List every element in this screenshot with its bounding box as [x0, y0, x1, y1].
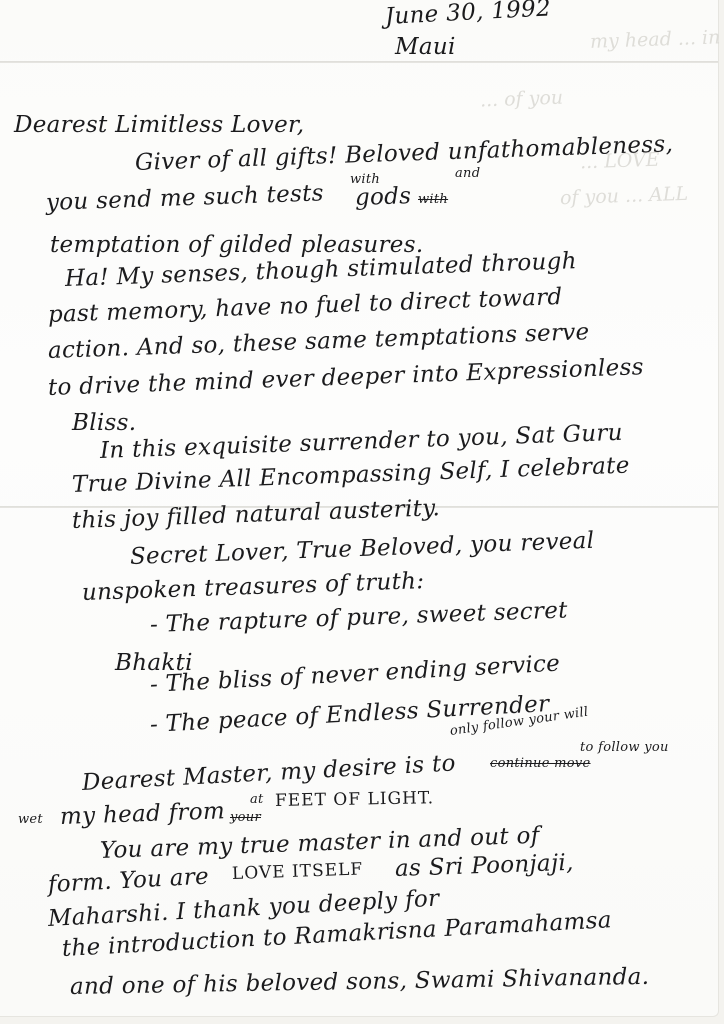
letter-line-caps: FEET OF LIGHT.: [275, 788, 434, 811]
insertion: to follow you: [580, 740, 669, 755]
margin-insertion: wet: [18, 812, 43, 827]
letter-line-caps: LOVE ITSELF: [232, 859, 364, 884]
letter-line: Secret Lover, True Beloved, you reveal: [130, 528, 595, 570]
insertion: at: [250, 792, 264, 807]
letter-place: Maui: [395, 34, 456, 60]
letter-line: my head from: [60, 798, 226, 830]
letter-date: June 30, 1992: [384, 0, 551, 30]
struck-word: continue move: [490, 756, 591, 771]
letter-line: form. You are: [47, 864, 209, 898]
letter-line: unspoken treasures of truth:: [82, 568, 425, 606]
letter-line: as Sri Poonjaji,: [395, 850, 575, 882]
bleed-through-text: ... of you: [480, 87, 564, 112]
letter-line: past memory, have no fuel to direct towa…: [48, 284, 563, 328]
letter-line: gods: [355, 183, 412, 211]
bleed-through-text: of you ... ALL: [560, 183, 689, 209]
list-item: - The bliss of never ending service: [149, 651, 560, 698]
letter-line: and one of his beloved sons, Swami Shiva…: [70, 964, 650, 1000]
letter-paper: my head ... in the ... of you ... LOVE o…: [0, 0, 719, 1017]
letter-line: to drive the mind ever deeper into Expre…: [48, 354, 645, 401]
struck-word: your: [230, 810, 261, 825]
letter-line: Bliss.: [72, 410, 136, 436]
struck-word: with: [418, 192, 448, 207]
bleed-through-text: my head ... in the: [590, 25, 724, 53]
letter-line: temptation of gilded pleasures.: [50, 232, 423, 258]
insertion: and: [455, 166, 480, 181]
letter-line: you send me such tests: [46, 180, 325, 216]
list-item: - The rapture of pure, sweet secret: [150, 597, 569, 638]
letter-line: this joy filled natural austerity.: [72, 495, 441, 534]
letter-line: action. And so, these same temptations s…: [48, 319, 590, 364]
salutation: Dearest Limitless Lover,: [14, 112, 304, 138]
fold-line: [0, 61, 718, 63]
